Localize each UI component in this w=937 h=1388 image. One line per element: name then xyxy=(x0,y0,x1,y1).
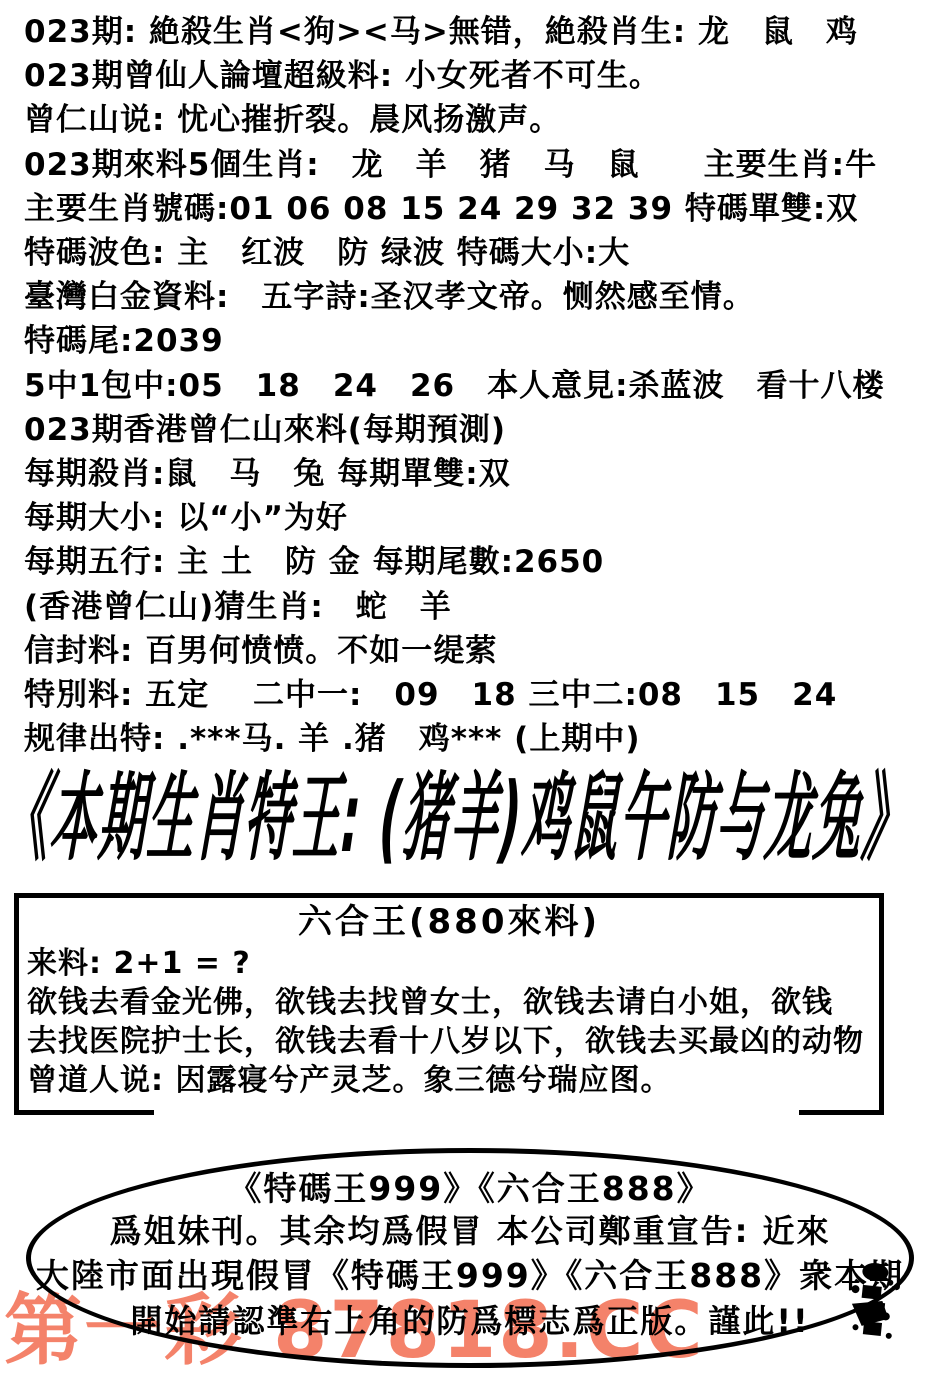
box-line-money-tip-1: 欲钱去看金光佛，欲钱去找曾女士，欲钱去请白小姐，欲钱 xyxy=(19,983,879,1022)
box-line-zengdaoren-says: 曾道人说: 因露寝兮产灵芝。象三德兮瑞应图。 xyxy=(19,1061,879,1100)
notice-line-titles: 《特碼王999》《六合王888》 xyxy=(31,1169,909,1209)
text-line-kill-per-period: 每期殺肖:鼠 马 兔 每期單雙:双 xyxy=(24,452,937,496)
text-line-five-pick-one: 5中1包中:05 18 24 26 本人意見:杀蓝波 看十八楼 xyxy=(24,364,937,408)
text-line-taiwan-platinum: 臺灣白金資料: 五字詩:圣汉孝文帝。恻然感至情。 xyxy=(24,275,937,319)
text-line-special-tip: 特別料: 五定 二中一: 09 18 三中二:08 15 24 xyxy=(24,673,937,717)
text-line-envelope-tip: 信封料: 百男何愤愤。不如一缇萦 xyxy=(24,629,937,673)
text-line-zengrenshan-says: 曾仁山说: 忧心摧折裂。晨风扬激声。 xyxy=(24,98,937,142)
text-line-tail-numbers: 特碼尾:2039 xyxy=(24,319,937,363)
text-line-size-per-period: 每期大小: 以“小”为好 xyxy=(24,496,937,540)
box-line-formula: 来料: 2+1 = ? xyxy=(19,944,879,983)
lottery-tip-sheet-page: 023期: 絶殺生肖<狗><马>無错，絶殺肖生: 龙 鼠 鸡 023期曾仙人論壇… xyxy=(0,0,937,1388)
text-line-five-zodiacs: 023期來料5個生肖: 龙 羊 猪 马 鼠 主要生肖:牛 xyxy=(24,143,937,187)
text-line-guess-zodiac: (香港曾仁山)猜生肖: 蛇 羊 xyxy=(24,585,937,629)
prediction-text-block: 023期: 絶殺生肖<狗><马>無错，絶殺肖生: 龙 鼠 鸡 023期曾仙人論壇… xyxy=(24,10,937,761)
box-title: 六合王(880來料) xyxy=(19,900,879,944)
liuhewang-880-box: 六合王(880來料) 来料: 2+1 = ? 欲钱去看金光佛，欲钱去找曾女士，欲… xyxy=(14,893,884,1115)
text-line-hk-source-header: 023期香港曾仁山來料(每期預測) xyxy=(24,408,937,452)
text-line-main-numbers: 主要生肖號碼:01 06 08 15 24 29 32 39 特碼單雙:双 xyxy=(24,187,937,231)
text-line-kill-zodiac: 023期: 絶殺生肖<狗><马>無错，絶殺肖生: 龙 鼠 鸡 xyxy=(24,10,937,54)
text-line-five-elements: 每期五行: 主 土 防 金 每期尾數:2650 xyxy=(24,540,937,584)
ink-seal-stamp-icon xyxy=(837,1255,908,1353)
notice-line-declaration: 爲姐妹刊。其余均爲假冒 本公司鄭重宣告: 近來 xyxy=(31,1209,909,1253)
watermark-site-logo: 第一彩 87818.CC xyxy=(4,1288,705,1374)
box-line-money-tip-2: 去找医院护士长，欲钱去看十八岁以下，欲钱去买最凶的动物 xyxy=(19,1022,879,1061)
text-line-wave-color: 特碼波色: 主 红波 防 绿波 特碼大小:大 xyxy=(24,231,937,275)
main-zodiac-king-banner: 《本期生肖特王: (猪羊)鸡鼠午防与龙兔》 xyxy=(0,748,465,888)
bottom-border-gap xyxy=(154,1110,799,1115)
text-line-forum-tip: 023期曾仙人論壇超級料: 小女死者不可生。 xyxy=(24,54,937,98)
